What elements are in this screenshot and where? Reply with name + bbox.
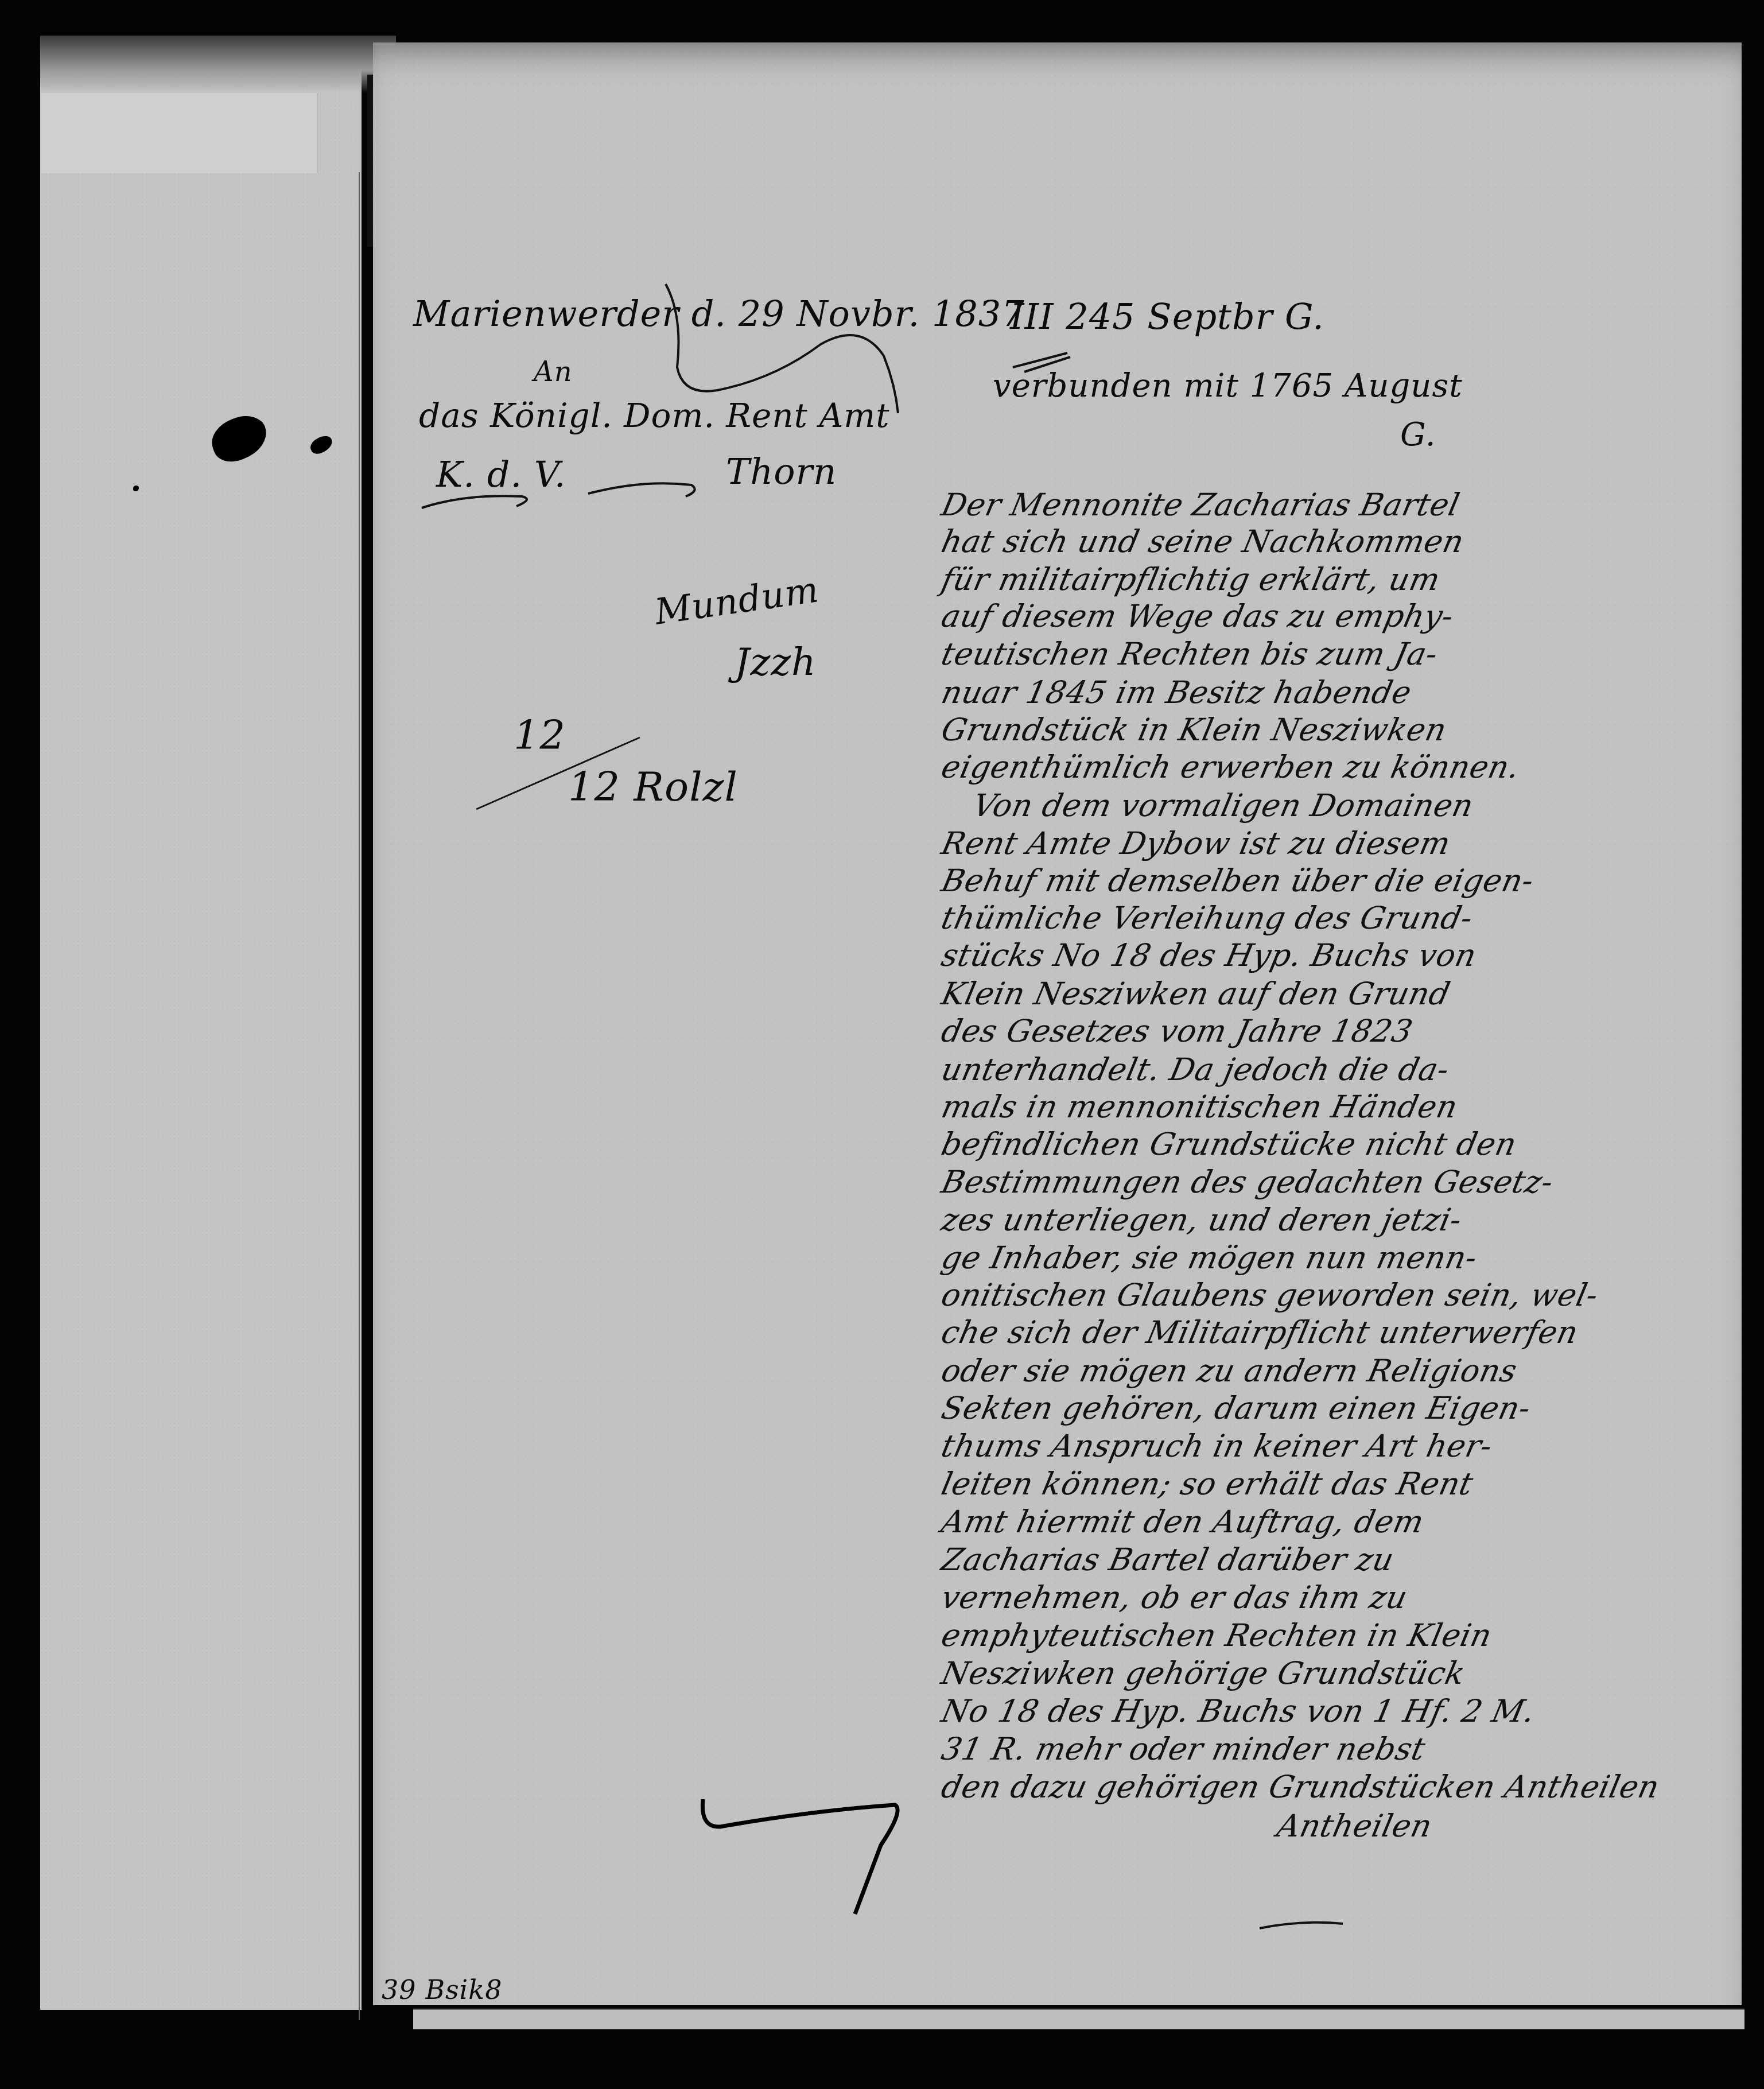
body-line: Amt hiermit den Auftrag, dem: [938, 1504, 1427, 1540]
body-line: No 18 des Hyp. Buchs von 1 Hf. 2 M.: [938, 1693, 1538, 1729]
body-line: Bestimmungen des gedachten Gesetz-: [938, 1164, 1557, 1200]
connected-reference: verbunden mit 1765 August: [993, 367, 1463, 405]
body-line: mals in mennonitischen Händen: [938, 1089, 1461, 1125]
date-flourish: [660, 281, 901, 413]
body-line: für militairpflichtig erklärt, um: [938, 561, 1443, 597]
binding-strip: [367, 75, 373, 247]
body-line: Von dem vormaligen Domainen: [970, 787, 1477, 824]
body-line: Grundstück in Klein Nesziwken: [938, 712, 1450, 748]
connected-reference-suffix: G.: [1400, 416, 1436, 453]
body-line: Behuf mit demselben über die eigen-: [938, 863, 1537, 899]
left-underlying-sheet: [40, 36, 362, 2010]
body-line: stücks No 18 des Hyp. Buchs von: [938, 937, 1480, 973]
body-line: oder sie mögen zu andern Religions: [938, 1353, 1520, 1389]
body-line: Nesziwken gehörige Grundstück: [938, 1655, 1468, 1691]
fraction-denominator: 12 Rolzl: [568, 763, 738, 810]
body-line: Klein Nesziwken auf den Grund: [938, 976, 1454, 1012]
underline-flourish-abbrev: [419, 482, 534, 517]
body-line: befindlichen Grundstücke nicht den: [938, 1126, 1520, 1162]
footer-note: 39 Bsik8: [382, 1974, 502, 2005]
body-line: thümliche Verleihung des Grund-: [938, 900, 1476, 936]
closing-underline: [1257, 1917, 1349, 1934]
body-line: emphyteutischen Rechten in Klein: [938, 1617, 1495, 1653]
body-line: 31 R. mehr oder minder nebst: [938, 1731, 1429, 1767]
body-line: den dazu gehörigen Grundstücken Antheile…: [938, 1769, 1663, 1805]
body-line: teutischen Rechten bis zum Ja-: [938, 636, 1441, 672]
body-line: vernehmen, ob er das ihm zu: [938, 1579, 1411, 1616]
address-prefix: An: [534, 356, 573, 388]
page-bottom-edge: [413, 2009, 1744, 2029]
body-line: ge Inhaber, sie mögen nun menn-: [938, 1240, 1481, 1276]
body-line: thums Anspruch in keiner Art her-: [938, 1428, 1495, 1464]
body-line: zes unterliegen, und deren jetzi-: [938, 1202, 1465, 1238]
closing-flourish: [697, 1793, 898, 1920]
body-line: Sekten gehören, darum einen Eigen-: [938, 1390, 1534, 1426]
body-line: hat sich und seine Nachkommen: [938, 523, 1467, 560]
folder-label-tab: [41, 93, 317, 173]
body-line-last: Antheilen: [1274, 1808, 1435, 1844]
body-line: Zacharias Bartel darüber zu: [938, 1541, 1397, 1578]
body-line: auf diesem Wege das zu emphy-: [938, 598, 1457, 634]
body-line: onitischen Glaubens geworden sein, wel-: [938, 1277, 1602, 1313]
body-line: Der Mennonite Zacharias Bartel: [938, 487, 1463, 523]
body-line: leiten können; so erhält das Rent: [938, 1466, 1477, 1502]
body-line: Rent Amte Dybow ist zu diesem: [938, 825, 1454, 861]
city: Thorn: [726, 451, 837, 492]
torn-top-edge: [40, 36, 396, 93]
file-reference: III 245 Septbr G.: [1010, 296, 1324, 337]
body-line: unterhandelt. Da jedoch die da-: [938, 1051, 1452, 1088]
annotation-initials: Jzzh: [735, 640, 817, 684]
body-line: nuar 1845 im Besitz habende: [938, 674, 1415, 710]
body-line: che sich der Militairpflicht unterwerfen: [938, 1314, 1582, 1350]
body-line: eigenthümlich erwerben zu können.: [938, 749, 1523, 785]
body-line: des Gesetzes vom Jahre 1823: [938, 1013, 1416, 1049]
fold-line: [359, 172, 360, 2020]
underline-flourish-city: [585, 471, 700, 505]
